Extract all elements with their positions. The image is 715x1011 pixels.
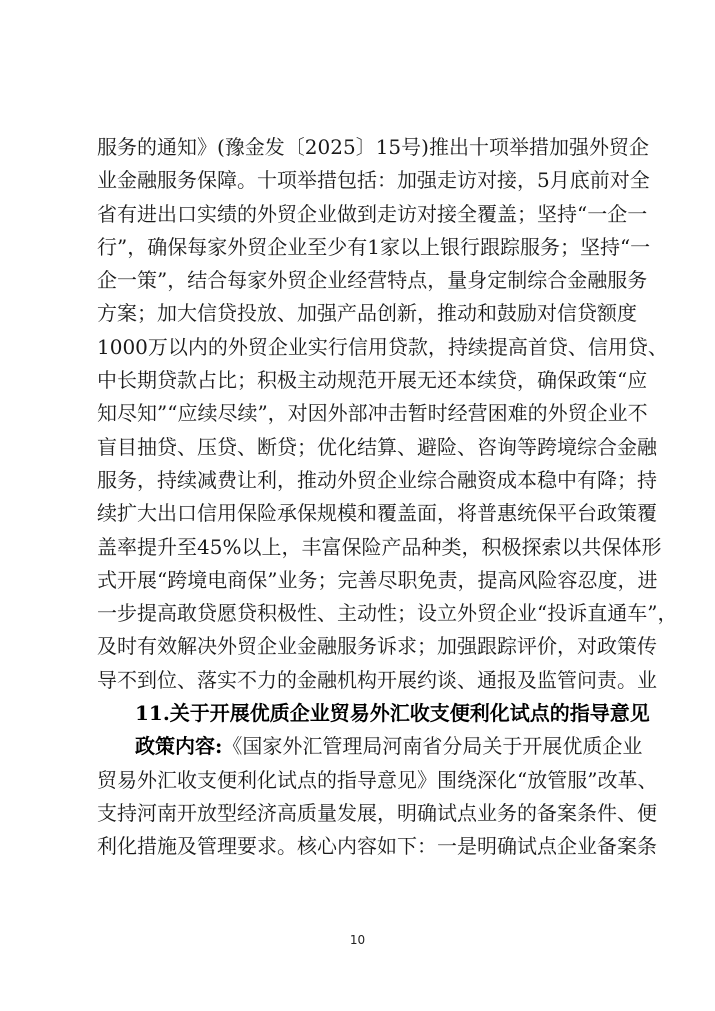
- body-line-16: 及时有效解决外贸企业金融服务诉求；加强跟踪评价，对政策传: [97, 630, 618, 663]
- body-line-2: 业金融服务保障。十项举措包括：加强走访对接，5月底前对全: [97, 164, 618, 197]
- body-line-9: 知尽知”“应续尽续”，对因外部冲击暂时经营困难的外贸企业不: [97, 397, 618, 430]
- section-heading: 11.关于开展优质企业贸易外汇收支便利化试点的指导意见: [97, 697, 618, 730]
- body-line-17: 导不到位、落实不力的金融机构开展约谈、通报及监管问责。业: [97, 664, 618, 697]
- document-page: 服务的通知》(豫金发〔2025〕15号)推出十项举措加强外贸企 业金融服务保障。…: [0, 0, 715, 1011]
- body-line-7: 1000万以内的外贸企业实行信用贷款，持续提高首贷、信用贷、: [97, 331, 618, 364]
- body-line-13: 盖率提升至45%以上，丰富保险产品种类，积极探索以共保体形: [97, 531, 618, 564]
- policy-line-3: 支持河南开放型经济高质量发展，明确试点业务的备案条件、便: [97, 797, 618, 830]
- policy-line-4: 利化措施及管理要求。核心内容如下：一是明确试点企业备案条: [97, 830, 618, 863]
- body-line-6: 方案；加大信贷投放、加强产品创新，推动和鼓励对信贷额度: [97, 297, 618, 330]
- policy-first-line-text: 《国家外汇管理局河南省分局关于开展优质企业: [222, 734, 642, 758]
- policy-label: 政策内容:: [135, 734, 222, 758]
- body-line-4: 行”，确保每家外贸企业至少有1家以上银行跟踪服务；坚持“一: [97, 231, 618, 264]
- body-text: 服务的通知》(豫金发〔2025〕15号)推出十项举措加强外贸企 业金融服务保障。…: [97, 131, 618, 864]
- body-line-14: 式开展“跨境电商保”业务；完善尽职免责，提高风险容忍度，进: [97, 564, 618, 597]
- body-line-12: 续扩大出口信用保险承保规模和覆盖面，将普惠统保平台政策覆: [97, 497, 618, 530]
- body-line-8: 中长期贷款占比；积极主动规范开展无还本续贷，确保政策“应: [97, 364, 618, 397]
- body-line-10: 盲目抽贷、压贷、断贷；优化结算、避险、咨询等跨境综合金融: [97, 431, 618, 464]
- policy-line-2: 贸易外汇收支便利化试点的指导意见》围绕深化“放管服”改革、: [97, 764, 618, 797]
- page-number: 10: [0, 933, 715, 947]
- policy-paragraph-first-line: 政策内容:《国家外汇管理局河南省分局关于开展优质企业: [97, 730, 618, 763]
- body-line-11: 服务，持续减费让利，推动外贸企业综合融资成本稳中有降；持: [97, 464, 618, 497]
- body-line-1: 服务的通知》(豫金发〔2025〕15号)推出十项举措加强外贸企: [97, 131, 618, 164]
- body-line-5: 企一策”，结合每家外贸企业经营特点，量身定制综合金融服务: [97, 264, 618, 297]
- body-line-15: 一步提高敢贷愿贷积极性、主动性；设立外贸企业“投诉直通车”，: [97, 597, 618, 630]
- body-line-3: 省有进出口实绩的外贸企业做到走访对接全覆盖；坚持“一企一: [97, 198, 618, 231]
